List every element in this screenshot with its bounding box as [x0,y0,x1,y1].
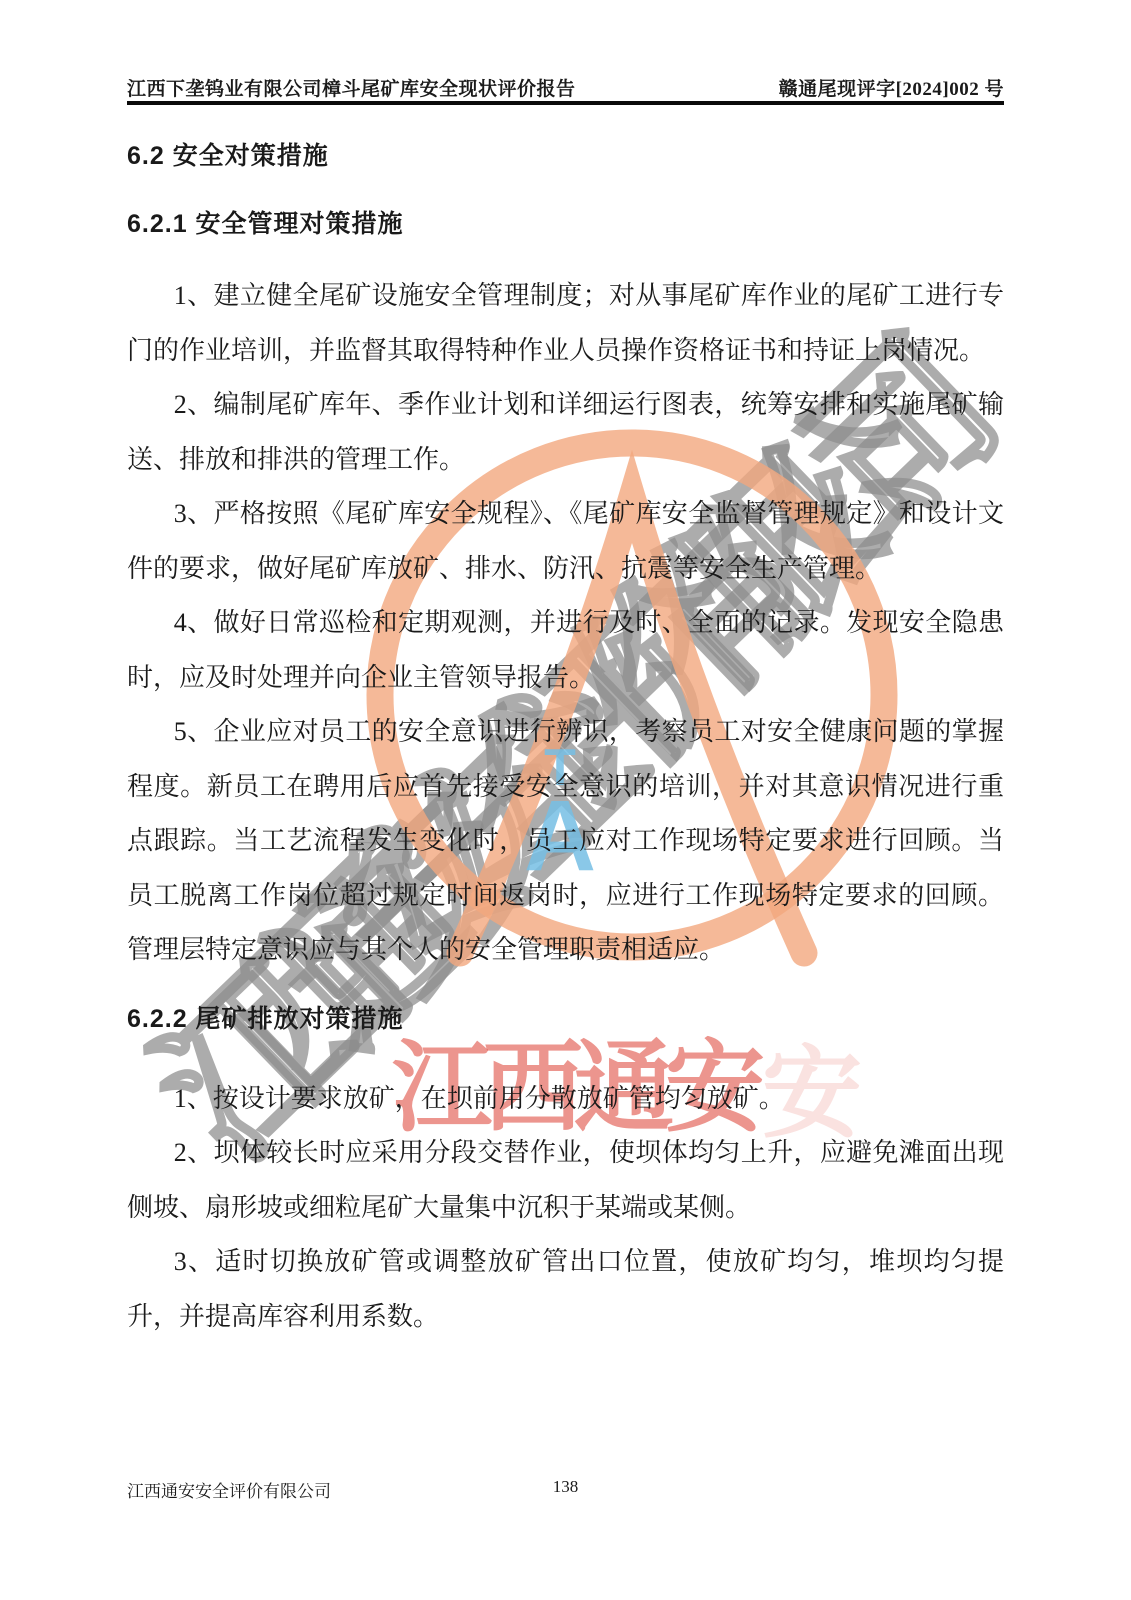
paragraph: 5、企业应对员工的安全意识进行辨识，考察员工对安全健康问题的掌握程度。新员工在聘… [127,705,1004,978]
header-divider [127,101,1004,105]
paragraph: 3、严格按照《尾矿库安全规程》、《尾矿库安全监督管理规定》和设计文件的要求，做好… [127,487,1004,596]
report-page: 江西通安安全评价有限公司 T A 江西通安 安 江西下垄钨业有限公司樟斗尾矿库安… [0,0,1131,1600]
page-number: 138 [0,1477,1131,1497]
section-622-paragraphs: 1、按设计要求放矿，在坝前用分散放矿管均匀放矿。 2、坝体较长时应采用分段交替作… [127,1072,1004,1345]
paragraph: 1、建立健全尾矿设施安全管理制度；对从事尾矿库作业的尾矿工进行专门的作业培训，并… [127,269,1004,378]
paragraph: 1、按设计要求放矿，在坝前用分散放矿管均匀放矿。 [127,1072,1004,1127]
paragraph: 2、坝体较长时应采用分段交替作业，使坝体均匀上升，应避免滩面出现侧坡、扇形坡或细… [127,1126,1004,1235]
section-heading-621: 6.2.1 安全管理对策措施 [127,209,1004,239]
section-621-paragraphs: 1、建立健全尾矿设施安全管理制度；对从事尾矿库作业的尾矿工进行专门的作业培训，并… [127,269,1004,978]
paragraph: 4、做好日常巡检和定期观测，并进行及时、全面的记录。发现安全隐患时，应及时处理并… [127,596,1004,705]
paragraph: 3、适时切换放矿管或调整放矿管出口位置，使放矿均匀，堆坝均匀提升，并提高库容利用… [127,1235,1004,1344]
chapter-title: 6.2 安全对策措施 [127,141,1004,171]
section-heading-622: 6.2.2 尾矿排放对策措施 [127,1004,1004,1034]
header-report-title: 江西下垄钨业有限公司樟斗尾矿库安全现状评价报告 [127,74,576,101]
header-doc-number: 赣通尾现评字[2024]002 号 [779,74,1004,101]
page-header: 江西下垄钨业有限公司樟斗尾矿库安全现状评价报告 赣通尾现评字[2024]002 … [127,74,1004,101]
document-body: 6.2 安全对策措施 6.2.1 安全管理对策措施 1、建立健全尾矿设施安全管理… [127,105,1004,1344]
paragraph: 2、编制尾矿库年、季作业计划和详细运行图表，统筹安排和实施尾矿输送、排放和排洪的… [127,378,1004,487]
